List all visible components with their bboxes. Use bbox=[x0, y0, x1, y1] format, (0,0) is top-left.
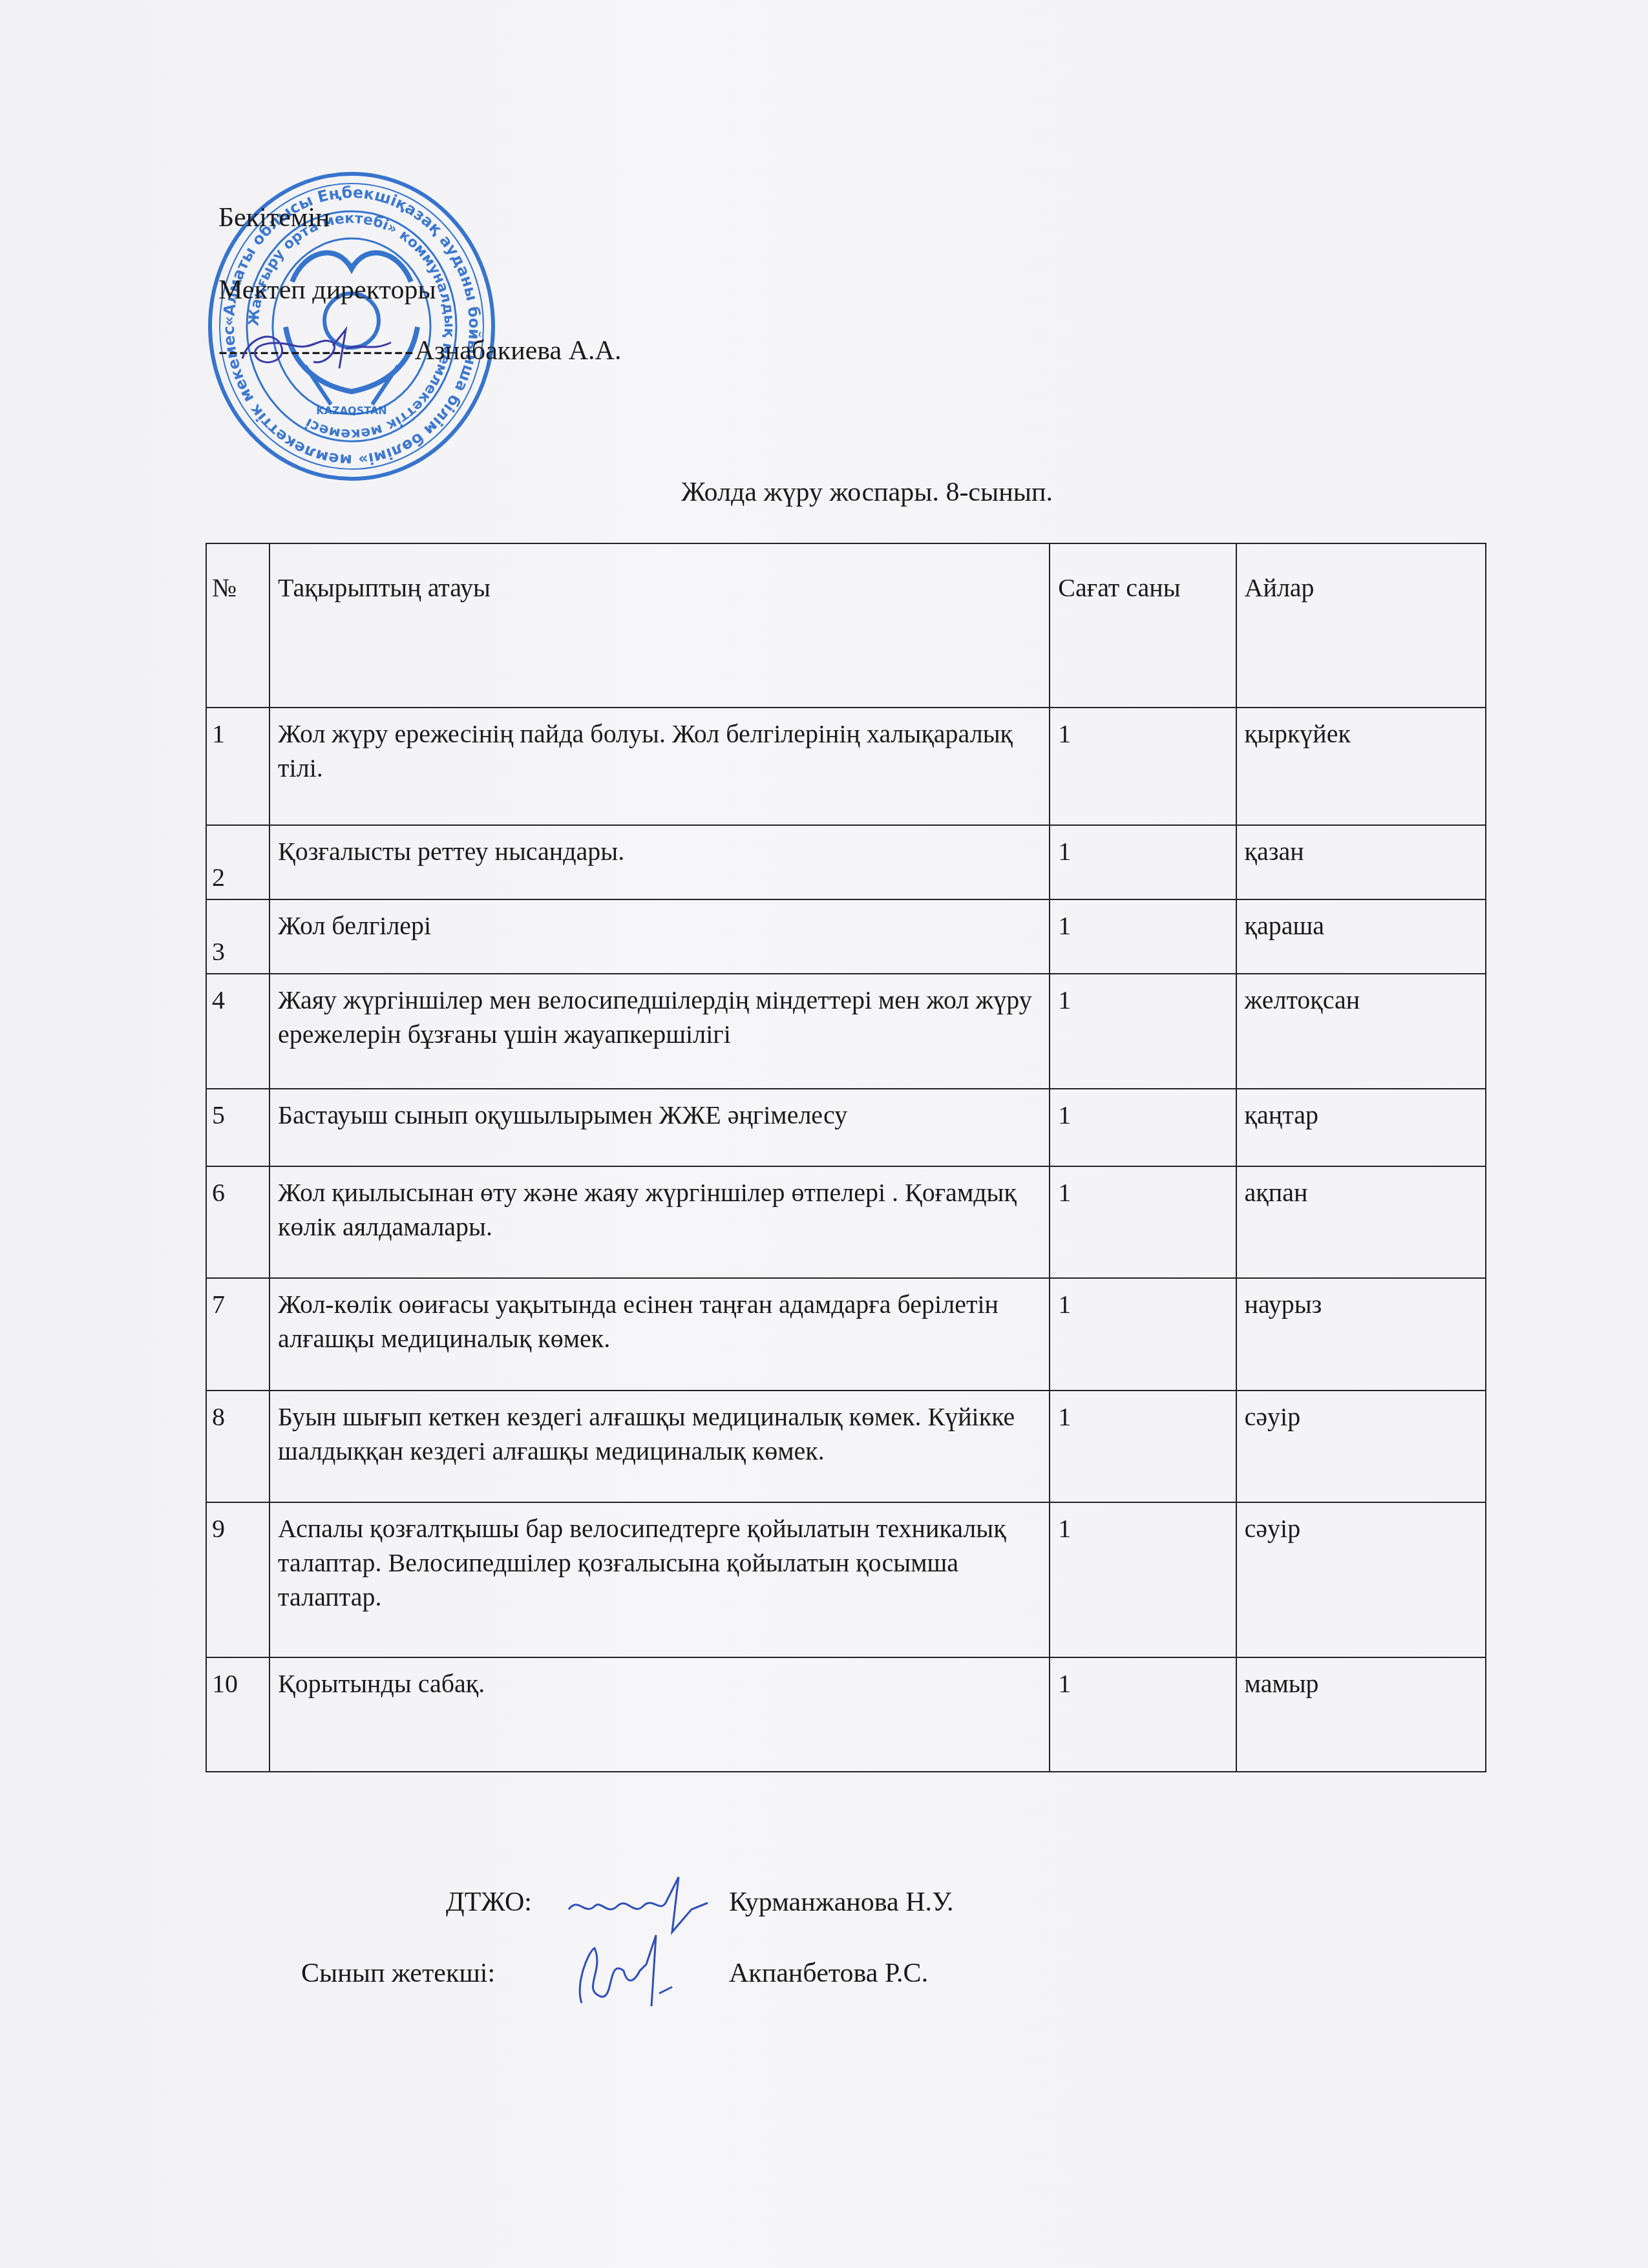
row-hours: 1 bbox=[1050, 825, 1236, 899]
row-number: 9 bbox=[206, 1502, 269, 1657]
row-topic: Қозғалысты реттеу нысандары. bbox=[269, 825, 1050, 899]
row-hours: 1 bbox=[1050, 1502, 1236, 1657]
row-month: қазан bbox=[1236, 825, 1486, 899]
row-month: сәуір bbox=[1236, 1391, 1486, 1502]
table-row: 6Жол қиылысынан өту және жаяу жүргіншіле… bbox=[206, 1166, 1486, 1278]
table-row: 9Аспалы қозғалтқышы бар велосипедтерге қ… bbox=[206, 1502, 1486, 1657]
row-month: қаңтар bbox=[1236, 1089, 1486, 1166]
row-number: 7 bbox=[206, 1278, 269, 1391]
row-topic: Қорытынды сабақ. bbox=[269, 1657, 1050, 1772]
row-month: сәуір bbox=[1236, 1502, 1486, 1657]
row-hours: 1 bbox=[1050, 1391, 1236, 1502]
row-hours: 1 bbox=[1050, 899, 1236, 974]
table-row: 2Қозғалысты реттеу нысандары.1қазан bbox=[206, 825, 1486, 899]
row-number: 4 bbox=[206, 974, 269, 1089]
svg-text:KAZAQSTAN: KAZAQSTAN bbox=[316, 404, 386, 417]
row-number: 3 bbox=[206, 899, 269, 974]
table-row: 5Бастауыш сынып оқушылырымен ЖЖЕ әңгімел… bbox=[206, 1089, 1486, 1166]
row-number: 5 bbox=[206, 1089, 269, 1166]
row-topic: Жол қиылысынан өту және жаяу жүргіншілер… bbox=[269, 1166, 1050, 1278]
table-row: 3Жол белгілері1қараша bbox=[206, 899, 1486, 974]
row-topic: Буын шығып кеткен кездегі алғашқы медици… bbox=[269, 1391, 1050, 1502]
row-hours: 1 bbox=[1050, 708, 1236, 825]
row-number: 2 bbox=[206, 825, 269, 899]
table-row: 10Қорытынды сабақ.1мамыр bbox=[206, 1657, 1486, 1772]
approval-position: Мектеп директоры bbox=[218, 277, 436, 304]
row-number: 1 bbox=[206, 708, 269, 825]
table-row: 1Жол жүру ережесінің пайда болуы. Жол бе… bbox=[206, 708, 1486, 825]
row-hours: 1 bbox=[1050, 1089, 1236, 1166]
dtzho-label: ДТЖО: bbox=[446, 1887, 532, 1918]
row-hours: 1 bbox=[1050, 1657, 1236, 1772]
row-hours: 1 bbox=[1050, 1166, 1236, 1278]
table-row: 8Буын шығып кеткен кездегі алғашқы медиц… bbox=[206, 1391, 1486, 1502]
row-topic: Аспалы қозғалтқышы бар велосипедтерге қо… bbox=[269, 1502, 1050, 1657]
row-month: ақпан bbox=[1236, 1166, 1486, 1278]
row-month: желтоқсан bbox=[1236, 974, 1486, 1089]
row-topic: Жаяу жүргіншілер мен велосипедшілердің м… bbox=[269, 974, 1050, 1089]
class-teacher-name: Акпанбетова Р.С. bbox=[729, 1958, 928, 1989]
director-signature bbox=[236, 323, 404, 375]
row-hours: 1 bbox=[1050, 1278, 1236, 1391]
row-month: қараша bbox=[1236, 899, 1486, 974]
dtzho-signature bbox=[562, 1871, 711, 1942]
row-hours: 1 bbox=[1050, 974, 1236, 1089]
row-topic: Жол жүру ережесінің пайда болуы. Жол бел… bbox=[269, 708, 1050, 825]
class-teacher-label: Сынып жетекші: bbox=[301, 1958, 495, 1989]
dtzho-name: Курманжанова Н.У. bbox=[729, 1887, 953, 1918]
header-hours: Сағат саны bbox=[1050, 543, 1236, 708]
table-header-row: № Тақырыптың атауы Сағат саны Айлар bbox=[206, 543, 1486, 708]
director-name: Азнабакиева А.А. bbox=[415, 336, 622, 366]
row-number: 10 bbox=[206, 1657, 269, 1772]
header-months: Айлар bbox=[1236, 543, 1486, 708]
plan-table: № Тақырыптың атауы Сағат саны Айлар 1Жол… bbox=[206, 543, 1486, 1772]
class-teacher-signature bbox=[569, 1932, 698, 2016]
row-month: наурыз bbox=[1236, 1278, 1486, 1391]
row-number: 8 bbox=[206, 1391, 269, 1502]
row-topic: Жол-көлік оөиғасы уақытында есінен таңға… bbox=[269, 1278, 1050, 1391]
row-month: мамыр bbox=[1236, 1657, 1486, 1772]
row-topic: Бастауыш сынып оқушылырымен ЖЖЕ әңгімеле… bbox=[269, 1089, 1050, 1166]
row-number: 6 bbox=[206, 1166, 269, 1278]
table-row: 4Жаяу жүргіншілер мен велосипедшілердің … bbox=[206, 974, 1486, 1089]
table-row: 7Жол-көлік оөиғасы уақытында есінен таңғ… bbox=[206, 1278, 1486, 1391]
row-month: қыркүйек bbox=[1236, 708, 1486, 825]
approval-heading: Бекітемін bbox=[218, 204, 330, 231]
header-num: № bbox=[206, 543, 269, 708]
header-topic: Тақырыптың атауы bbox=[269, 543, 1050, 708]
row-topic: Жол белгілері bbox=[269, 899, 1050, 974]
document-title: Жолда жүру жоспары. 8-сынып. bbox=[681, 477, 1053, 508]
